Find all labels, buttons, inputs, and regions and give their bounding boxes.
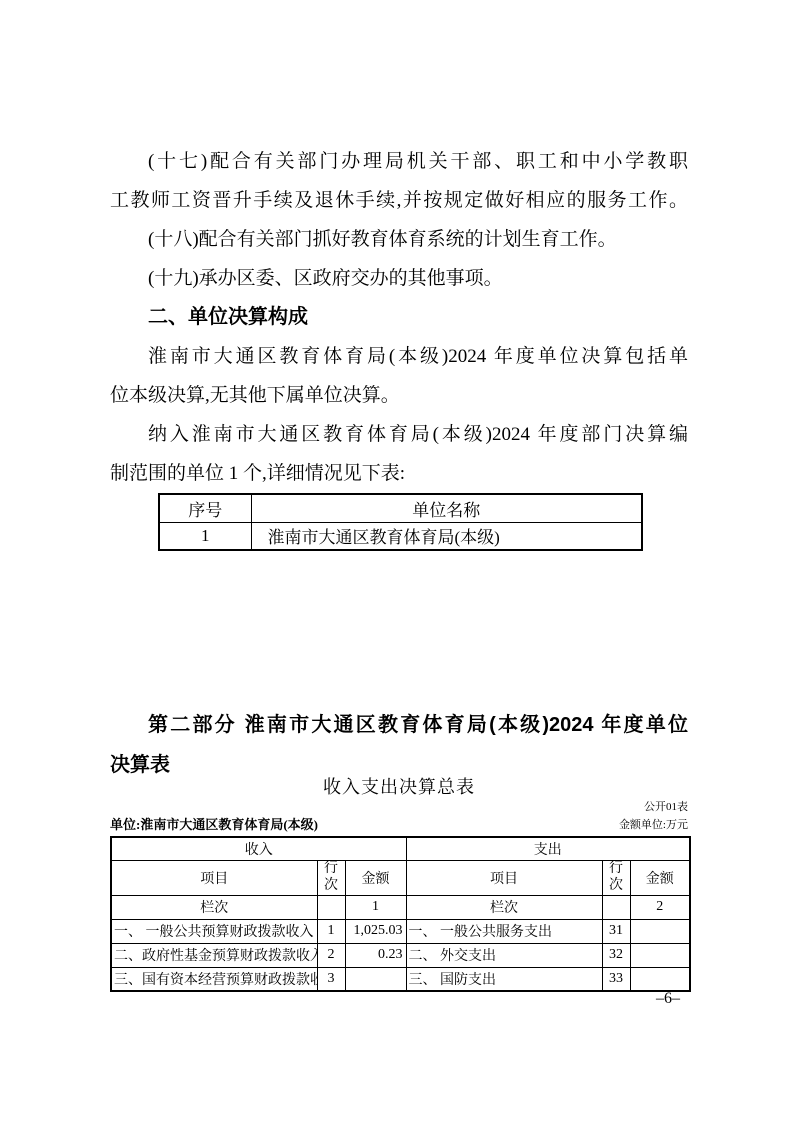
expense-amount-2 [630,943,690,967]
paragraph-b-line-2: 制范围的单位 1 个,详细情况见下表: [110,454,688,493]
income-col-rowno-header: 行次 [317,860,345,895]
section-2-heading: 二、单位决算构成 [110,298,688,337]
expense-col-rowno-header: 行次 [602,860,630,895]
paragraph-a-line-2: 位本级决算,无其他下属单位决算。 [110,376,688,415]
expense-lanci-number: 2 [630,895,690,919]
income-item-2: 二、政府性基金预算财政拨款收入 [111,943,317,967]
expense-rowno-2: 32 [602,943,630,967]
paragraph-17-line-1: (十七)配合有关部门办理局机关干部、职工和中小学教职 [110,142,688,181]
table-note-public-01: 公开01表 [110,801,688,814]
income-amount-3 [345,967,406,991]
income-expense-summary-table: 收入 支出 项目 行次 金额 项目 行次 金额 栏次 1 栏次 2 一、 一般公… [110,836,691,992]
summary-data-row-1: 一、 一般公共预算财政拨款收入 1 1,025.03 一、 一般公共服务支出 3… [111,919,690,943]
expense-rowno-1: 31 [602,919,630,943]
summary-table-title: 收入支出决算总表 [110,773,688,801]
income-lanci-rowno-empty [317,895,345,919]
expense-item-1: 一、 一般公共服务支出 [406,919,602,943]
unit-table-header-row: 序号 单位名称 [159,494,642,522]
summary-data-row-2: 二、政府性基金预算财政拨款收入 2 0.23 二、 外交支出 32 [111,943,690,967]
income-col-item-header: 项目 [111,860,317,895]
expense-item-2: 二、 外交支出 [406,943,602,967]
paragraph-18: (十八)配合有关部门抓好教育体育系统的计划生育工作。 [110,220,688,259]
income-item-1: 一、 一般公共预算财政拨款收入 [111,919,317,943]
unit-table-header-index: 序号 [159,494,251,522]
paragraph-a-line-1: 淮南市大通区教育体育局(本级)2024 年度单位决算包括单 [110,337,688,376]
expense-lanci-rowno-empty [602,895,630,919]
expense-lanci-label: 栏次 [406,895,602,919]
unit-table-cell-name: 淮南市大通区教育体育局(本级) [251,522,642,550]
expense-section-header: 支出 [406,837,690,860]
page-content: (十七)配合有关部门办理局机关干部、职工和中小学教职 工教师工资晋升手续及退休手… [110,142,688,992]
income-section-header: 收入 [111,837,406,860]
page-number: –6– [656,990,680,1008]
part-2-heading-line-1: 第二部分 淮南市大通区教育体育局(本级)2024 年度单位 [110,705,688,745]
unit-table-cell-index: 1 [159,522,251,550]
expense-item-3: 三、 国防支出 [406,967,602,991]
income-rowno-1: 1 [317,919,345,943]
income-rowno-3: 3 [317,967,345,991]
unit-table-data-row: 1 淮南市大通区教育体育局(本级) [159,522,642,550]
table-meta-row: 单位:淮南市大通区教育体育局(本级) 金额单位:万元 [110,817,688,833]
expense-rowno-3: 33 [602,967,630,991]
income-amount-2: 0.23 [345,943,406,967]
document-page: (十七)配合有关部门办理局机关干部、职工和中小学教职 工教师工资晋升手续及退休手… [0,0,793,1122]
income-item-3: 三、国有资本经营预算财政拨款收 [111,967,317,991]
table-amount-unit-label: 金额单位:万元 [619,817,688,833]
income-lanci-label: 栏次 [111,895,317,919]
unit-table-header-name: 单位名称 [251,494,642,522]
income-rowno-2: 2 [317,943,345,967]
expense-amount-3 [630,967,690,991]
paragraph-b-line-1: 纳入淮南市大通区教育体育局(本级)2024 年度部门决算编 [110,415,688,454]
expense-col-amount-header: 金额 [630,860,690,895]
unit-list-table: 序号 单位名称 1 淮南市大通区教育体育局(本级) [158,493,643,551]
summary-section-header-row: 收入 支出 [111,837,690,860]
income-lanci-number: 1 [345,895,406,919]
summary-data-row-3: 三、国有资本经营预算财政拨款收 3 三、 国防支出 33 [111,967,690,991]
expense-amount-1 [630,919,690,943]
expense-col-item-header: 项目 [406,860,602,895]
summary-column-header-row: 项目 行次 金额 项目 行次 金额 [111,860,690,895]
table-unit-label: 单位:淮南市大通区教育体育局(本级) [110,817,318,833]
income-amount-1: 1,025.03 [345,919,406,943]
income-col-amount-header: 金额 [345,860,406,895]
summary-lanci-row: 栏次 1 栏次 2 [111,895,690,919]
paragraph-17-line-2: 工教师工资晋升手续及退休手续,并按规定做好相应的服务工作。 [110,181,688,220]
paragraph-19: (十九)承办区委、区政府交办的其他事项。 [110,259,688,298]
